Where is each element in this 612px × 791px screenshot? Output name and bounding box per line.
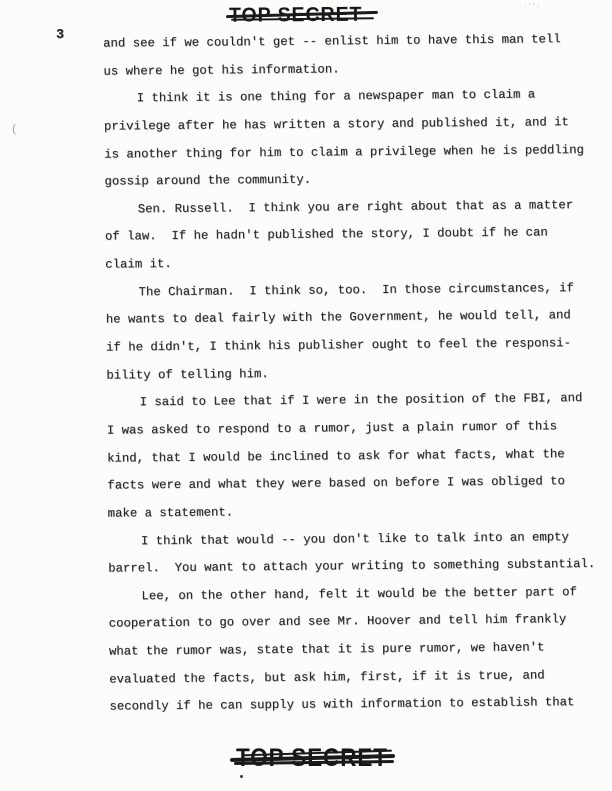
transcript-line: facts were and what they were based on b… [107, 468, 589, 500]
top-secret-stamp-bottom: TOP SECRET [236, 744, 405, 773]
margin-stray-mark: ( [11, 124, 18, 136]
transcript-line: barrel. You want to attach your writing … [108, 551, 590, 583]
transcript-line: if he didn't, I think his publisher ough… [106, 330, 588, 362]
transcript-line: is another thing for him to claim a priv… [104, 137, 586, 169]
transcript-line: what the rumor was, state that it is pur… [109, 634, 591, 666]
top-secret-stamp-top: TOP SECRET [229, 4, 372, 28]
transcript-line: I was asked to respond to a rumor, just … [107, 413, 589, 445]
ink-dot [240, 775, 243, 778]
page-number: 3 [56, 28, 64, 43]
transcript-lines: and see if we couldn't get -- enlist him… [103, 26, 592, 722]
scanned-document-page: ·''· TOP SECRET 3 ( and see if we couldn… [0, 0, 612, 791]
transcript-line: privilege after he has written a story a… [104, 109, 586, 141]
corner-smudge-mark: ·''· [524, 2, 541, 11]
transcript-line: and see if we couldn't get -- enlist him… [103, 26, 585, 58]
transcript-line: secondly if he can supply us with inform… [109, 689, 591, 721]
transcript-line: of law. If he hadn't published the story… [105, 219, 587, 251]
